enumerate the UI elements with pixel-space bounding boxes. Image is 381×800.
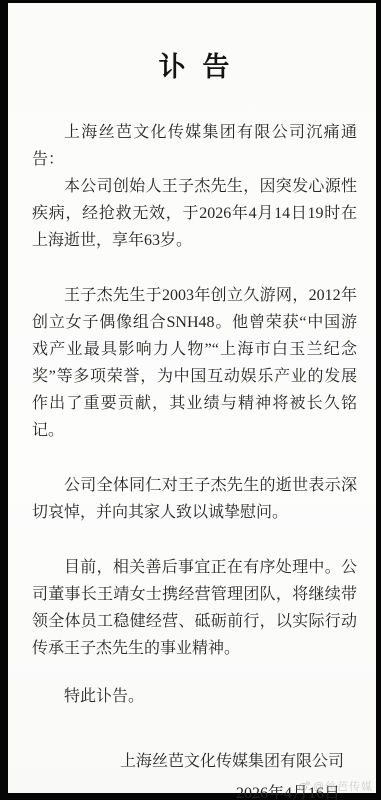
photo-frame: 讣 告 上海丝芭文化传媒集团有限公司沉痛通告： 本公司创始人王子杰先生，因突发心… (0, 0, 381, 800)
death-notice-paragraph: 本公司创始人王子杰先生，因突发心源性疾病，经抢救无效，于2026年4月14日19… (32, 173, 357, 254)
biography-paragraph: 王子杰先生于2003年创立久游网，2012年创立女子偶像组合SNH48。他曾荣获… (32, 282, 357, 444)
announcement-opening-line: 上海丝芭文化传媒集团有限公司沉痛通告： (32, 119, 357, 173)
condolence-paragraph: 公司全体同仁对王子杰先生的逝世表示深切哀悼，并向其家人致以诚挚慰问。 (32, 472, 357, 526)
weibo-icon (298, 780, 310, 792)
obituary-page: 讣 告 上海丝芭文化传媒集团有限公司沉痛通告： 本公司创始人王子杰先生，因突发心… (8, 3, 376, 793)
obituary-body: 上海丝芭文化传媒集团有限公司沉痛通告： 本公司创始人王子杰先生，因突发心源性疾病… (32, 119, 357, 710)
watermark-text: @丝芭传媒 (313, 778, 373, 794)
succession-paragraph: 目前，相关善后事宜正在有序处理中。公司董事长王靖女士携经营管理团队，将继续带领全… (32, 554, 357, 662)
page-title: 讣 告 (32, 50, 357, 84)
closing-line: 特此讣告。 (32, 683, 357, 710)
company-signature: 上海丝芭文化传媒集团有限公司 (32, 748, 357, 775)
weibo-watermark: @丝芭传媒 (298, 778, 373, 794)
